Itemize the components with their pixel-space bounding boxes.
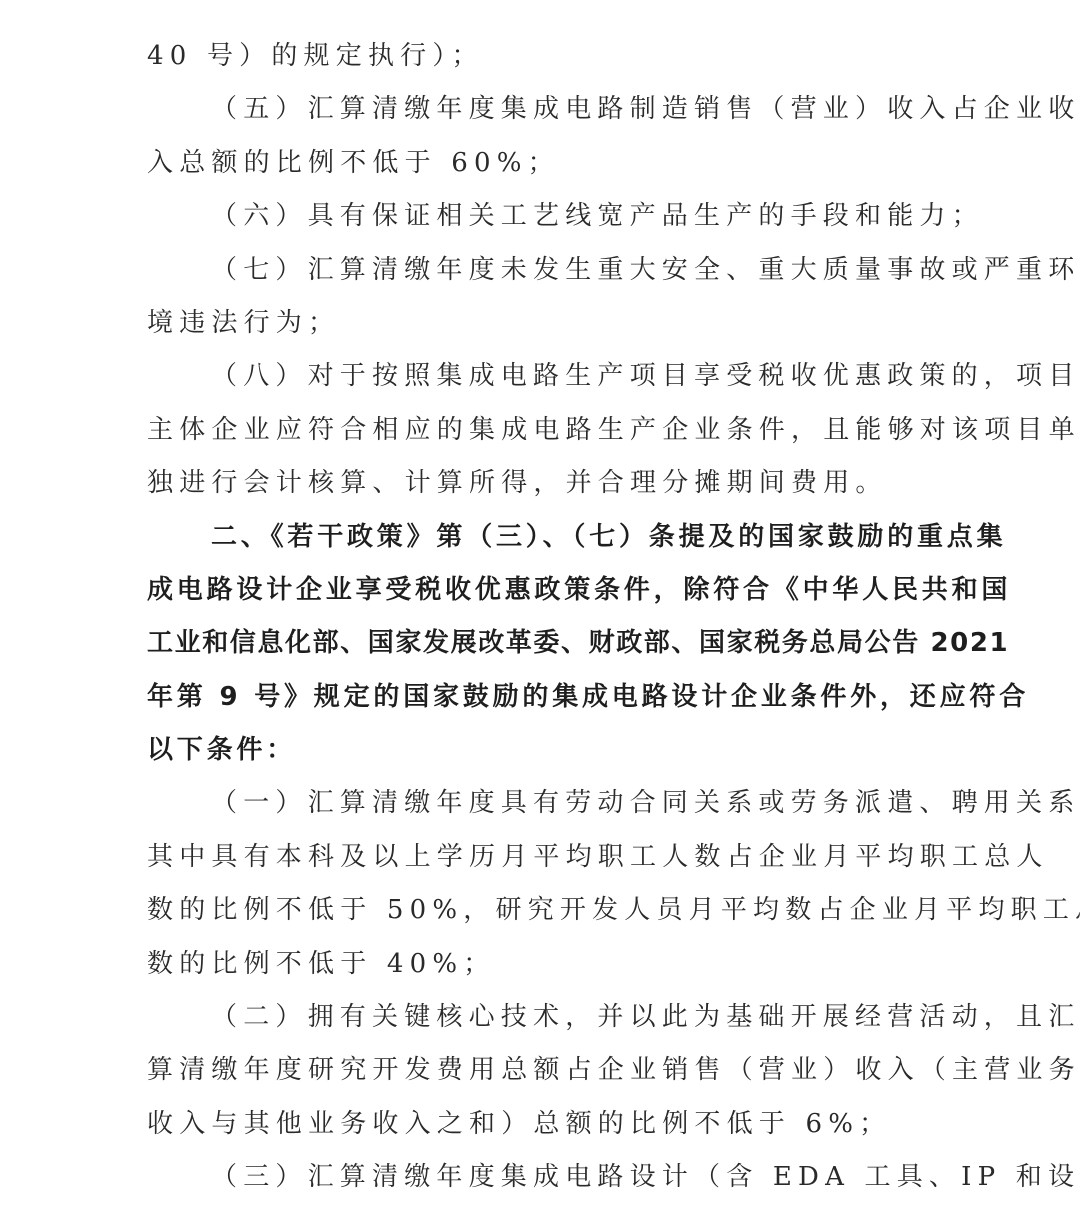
text-line-continuation-item4: 40 号）的规定执行）； [147,30,935,83]
text-line-item-5-cont: 入总额的比例不低于 60%； [147,137,935,190]
text-line-item-8-cont-1: 主体企业应符合相应的集成电路生产企业条件，且能够对该项目单 [147,404,935,457]
text-line-sub-item-1: （一）汇算清缴年度具有劳动合同关系或劳务派遣、聘用关系， [147,777,935,830]
text-line-sub-item-3: （三）汇算清缴年度集成电路设计（含 EDA 工具、IP 和设计 [147,1151,935,1204]
text-line-item-5: （五）汇算清缴年度集成电路制造销售（营业）收入占企业收 [147,83,935,136]
text-line-sub-item-1-cont-3: 数的比例不低于 40%； [147,938,935,991]
text-line-sub-item-2-cont-2: 收入与其他业务收入之和）总额的比例不低于 6%； [147,1098,935,1151]
text-line-item-7: （七）汇算清缴年度未发生重大安全、重大质量事故或严重环 [147,244,935,297]
text-line-sub-item-2: （二）拥有关键核心技术，并以此为基础开展经营活动，且汇 [147,991,935,1044]
text-line-item-8-cont-2: 独进行会计核算、计算所得，并合理分摊期间费用。 [147,457,935,510]
document-page: 40 号）的规定执行）； （五）汇算清缴年度集成电路制造销售（营业）收入占企业收… [147,30,935,1205]
section-heading-2-line-2: 成电路设计企业享受税收优惠政策条件，除符合《中华人民共和国 [147,564,935,617]
section-heading-2-line-1: 二、《若干政策》第（三）、（七）条提及的国家鼓励的重点集 [147,511,935,564]
section-heading-2-line-4: 年第 9 号》规定的国家鼓励的集成电路设计企业条件外，还应符合 [147,671,935,724]
text-line-sub-item-1-cont-1: 其中具有本科及以上学历月平均职工人数占企业月平均职工总人 [147,831,935,884]
section-heading-2-line-5: 以下条件： [147,724,935,777]
text-line-item-7-cont: 境违法行为； [147,297,935,350]
section-heading-2-line-3: 工业和信息化部、国家发展改革委、财政部、国家税务总局公告 2021 [147,617,935,670]
text-line-item-6: （六）具有保证相关工艺线宽产品生产的手段和能力； [147,190,935,243]
text-line-item-8: （八）对于按照集成电路生产项目享受税收优惠政策的，项目 [147,350,935,403]
text-line-sub-item-2-cont-1: 算清缴年度研究开发费用总额占企业销售（营业）收入（主营业务 [147,1044,935,1097]
text-line-sub-item-1-cont-2: 数的比例不低于 50%，研究开发人员月平均数占企业月平均职工总 [147,884,935,937]
